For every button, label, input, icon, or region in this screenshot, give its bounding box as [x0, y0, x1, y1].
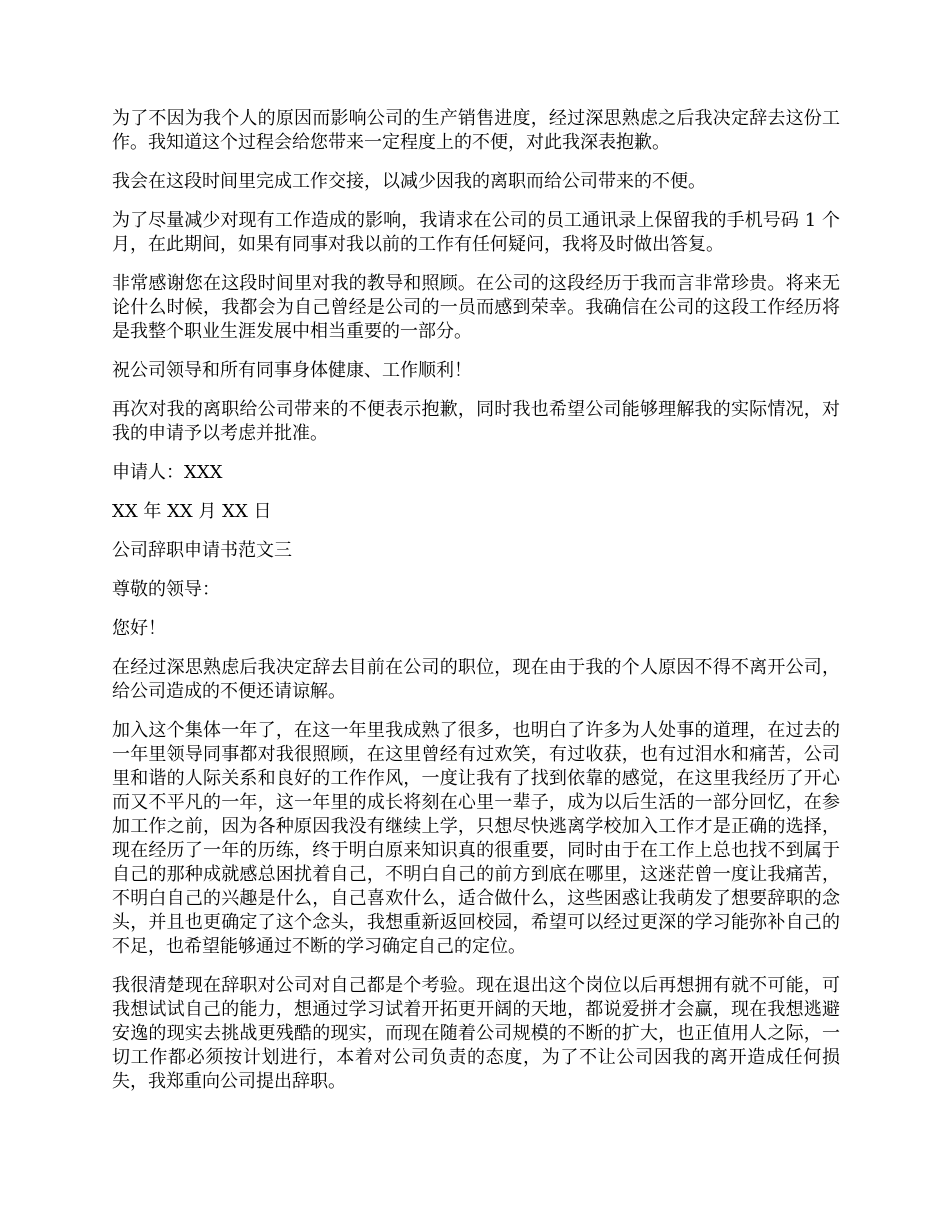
body-paragraph: 非常感谢您在这段时间里对我的教导和照顾。在公司的这段经历于我而言非常珍贵。将来无… [112, 272, 840, 344]
body-paragraph: 再次对我的离职给公司带来的不便表示抱歉，同时我也希望公司能够理解我的实际情况，对… [112, 398, 840, 446]
body-paragraph: 为了不因为我个人的原因而影响公司的生产销售进度，经过深思熟虑之后我决定辞去这份工… [112, 107, 840, 155]
body-paragraph: 我会在这段时间里完成工作交接，以减少因我的离职而给公司带来的不便。 [112, 170, 840, 194]
salutation: 尊敬的领导： [112, 578, 840, 602]
body-paragraph: 加入这个集体一年了，在这一年里我成熟了很多，也明白了许多为人处事的道理，在过去的… [112, 719, 840, 959]
applicant-signature-line: 申请人：XXX [112, 461, 840, 485]
body-paragraph: 我很清楚现在辞职对公司对自己都是个考验。现在退出这个岗位以后再想拥有就不可能，可… [112, 974, 840, 1094]
body-paragraph: 在经过深思熟虑后我决定辞去目前在公司的职位，现在由于我的个人原因不得不离开公司，… [112, 656, 840, 704]
date-line: XX 年 XX 月 XX 日 [112, 500, 840, 524]
greeting: 您好！ [112, 617, 840, 641]
document-page: 为了不因为我个人的原因而影响公司的生产销售进度，经过深思熟虑之后我决定辞去这份工… [0, 0, 950, 1230]
body-paragraph: 为了尽量减少对现有工作造成的影响，我请求在公司的员工通讯录上保留我的手机号码 1… [112, 209, 840, 257]
document-body: 为了不因为我个人的原因而影响公司的生产销售进度，经过深思熟虑之后我决定辞去这份工… [112, 107, 840, 1094]
well-wishes-paragraph: 祝公司领导和所有同事身体健康、工作顺利！ [112, 359, 840, 383]
section-title: 公司辞职申请书范文三 [112, 539, 840, 563]
